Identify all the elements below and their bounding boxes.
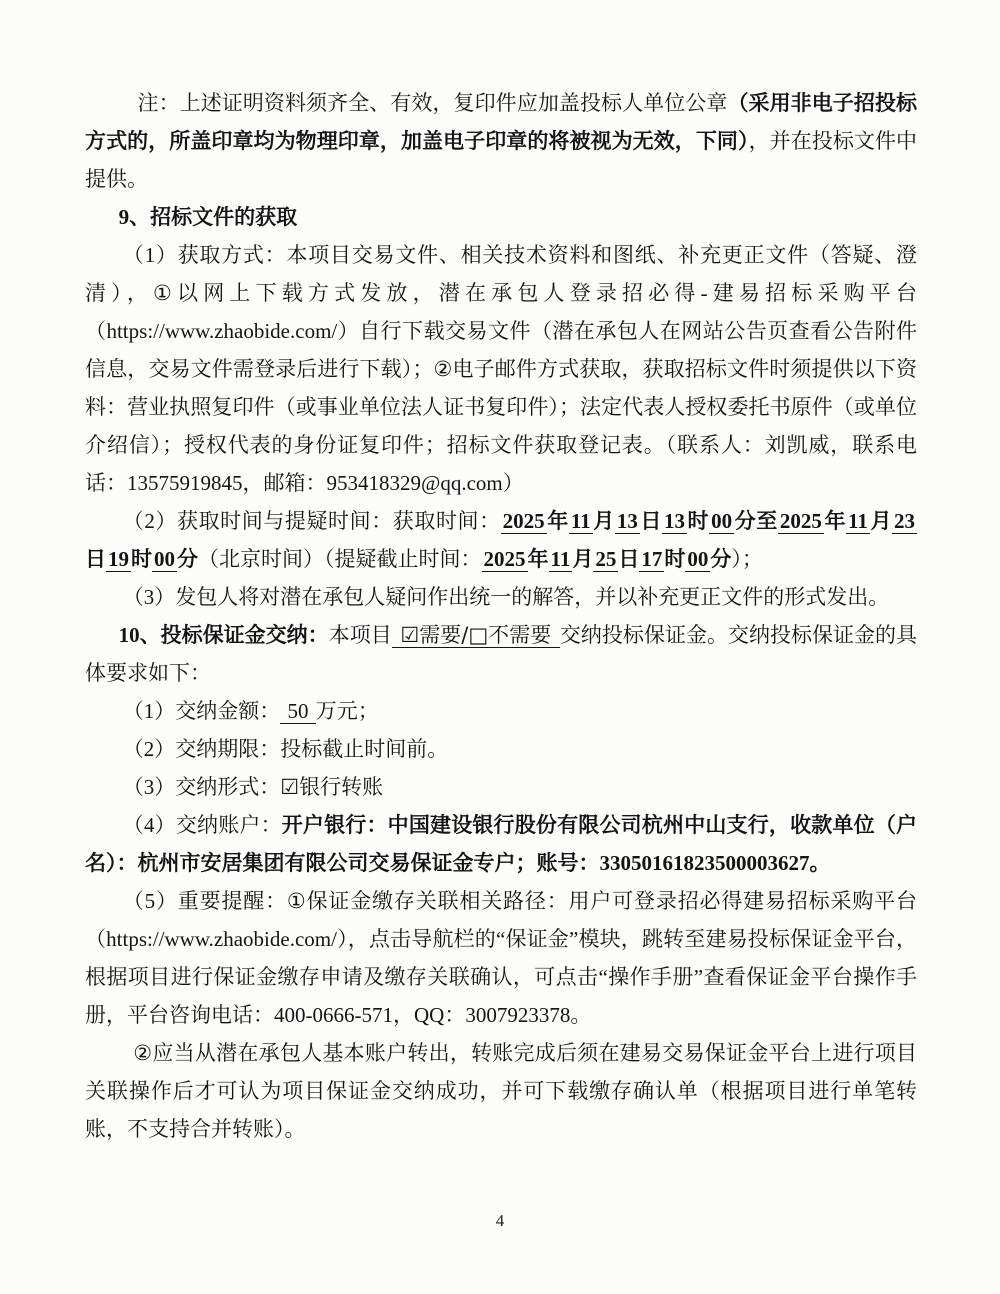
answer-item: （3）发包人将对潜在承包人疑问作出统一的解答，并以补充更正文件的形式发出。 [85, 578, 917, 616]
section-10-paragraph-segment-0: 10、投标保证金交纳： [119, 623, 329, 647]
deposit-deadline-item-segment-0: （2）交纳期限：投标截止时间前。 [123, 737, 449, 761]
obtain-time-item-segment-24: 11 [549, 547, 573, 572]
obtain-time-item-segment-10: 分至 [734, 509, 778, 533]
obtain-time-item-segment-15: 23 [892, 509, 917, 534]
section-9-heading-segment-0: 9、招标文件的获取 [119, 205, 298, 229]
section-10-paragraph-segment-2: ☑需要/□不需要 [392, 623, 560, 648]
obtain-time-item-segment-1: 2025 [501, 509, 547, 534]
obtain-time-item-segment-18: 时 [131, 547, 152, 571]
obtain-time-item-segment-0: （2）获取时间与提疑时间：获取时间： [123, 509, 501, 533]
document-body: 注：上述证明资料须齐全、有效，复印件应加盖投标人单位公章（采用非电子招投标方式的… [85, 84, 917, 1148]
deposit-amount-item-segment-0: （1）交纳金额： [123, 699, 281, 723]
deposit-method-item: （3）交纳形式：☑银行转账 [85, 768, 917, 806]
obtain-time-item-segment-25: 月 [572, 547, 593, 571]
obtain-time-item-segment-6: 日 [640, 509, 662, 533]
note-paragraph: 注：上述证明资料须齐全、有效，复印件应加盖投标人单位公章（采用非电子招投标方式的… [85, 84, 917, 198]
obtain-time-item-segment-26: 25 [593, 547, 618, 572]
section-9-heading: 9、招标文件的获取 [85, 198, 917, 236]
deposit-amount-item-segment-1: 50 [280, 699, 316, 724]
obtain-time-item-segment-9: 00 [709, 509, 734, 534]
obtain-time-item-segment-30: 00 [685, 547, 710, 572]
obtain-method-item: （1）获取方式：本项目交易文件、相关技术资料和图纸、补充更正文件（答疑、澄清），… [85, 236, 917, 502]
obtain-time-item-segment-16: 日 [85, 547, 106, 571]
obtain-time-item-segment-28: 17 [639, 547, 664, 572]
document-page: 注：上述证明资料须齐全、有效，复印件应加盖投标人单位公章（采用非电子招投标方式的… [0, 0, 1000, 1294]
note-paragraph-segment-0: 注：上述证明资料须齐全、有效，复印件应加盖投标人单位公章 [138, 91, 728, 115]
deposit-method-item-segment-1: ☑银行转账 [280, 775, 383, 799]
obtain-time-item-segment-21: （北京时间）（提疑截止时间： [198, 547, 482, 571]
obtain-time-item-segment-27: 日 [618, 547, 639, 571]
obtain-time-item-segment-20: 分 [177, 547, 198, 571]
deposit-amount-item: （1）交纳金额： 50 万元； [85, 692, 917, 730]
transfer-note-paragraph: ②应当从潜在承包人基本账户转出，转账完成后须在建易交易保证金平台上进行项目关联操… [85, 1034, 917, 1148]
obtain-time-item-segment-8: 时 [687, 509, 709, 533]
obtain-time-item-segment-3: 11 [569, 509, 593, 534]
deposit-deadline-item: （2）交纳期限：投标截止时间前。 [85, 730, 917, 768]
section-10-paragraph-segment-1: 本项目 [329, 623, 392, 647]
obtain-time-item-segment-29: 时 [664, 547, 685, 571]
obtain-time-item: （2）获取时间与提疑时间：获取时间：2025年11月13日13时00分至2025… [85, 502, 917, 578]
answer-item-segment-0: （3）发包人将对潜在承包人疑问作出统一的解答，并以补充更正文件的形式发出。 [123, 585, 890, 609]
obtain-time-item-segment-12: 年 [824, 509, 846, 533]
obtain-time-item-segment-14: 月 [870, 509, 892, 533]
obtain-time-item-segment-31: 分 [710, 547, 731, 571]
obtain-method-item-segment-0: （1）获取方式：本项目交易文件、相关技术资料和图纸、补充更正文件（答疑、澄清），… [85, 243, 917, 495]
page-number: 4 [0, 1206, 1000, 1236]
transfer-note-paragraph-segment-0: ②应当从潜在承包人基本账户转出，转账完成后须在建易交易保证金平台上进行项目关联操… [85, 1041, 917, 1141]
obtain-time-item-segment-5: 13 [615, 509, 640, 534]
obtain-time-item-segment-23: 年 [528, 547, 549, 571]
obtain-time-item-segment-2: 年 [547, 509, 569, 533]
obtain-time-item-segment-19: 00 [152, 547, 177, 572]
section-10-paragraph: 10、投标保证金交纳：本项目 ☑需要/□不需要 交纳投标保证金。交纳投标保证金的… [85, 616, 917, 692]
important-reminder-item-segment-0: （5）重要提醒：①保证金缴存关联相关路径：用户可登录招必得建易招标采购平台（ht… [85, 889, 917, 1027]
obtain-time-item-segment-17: 19 [106, 547, 131, 572]
obtain-time-item-segment-11: 2025 [778, 509, 824, 534]
deposit-account-item-segment-0: （4）交纳账户： [123, 813, 282, 837]
obtain-time-item-segment-4: 月 [593, 509, 615, 533]
deposit-account-item: （4）交纳账户：开户银行：中国建设银行股份有限公司杭州中山支行，收款单位（户名）… [85, 806, 917, 882]
important-reminder-item: （5）重要提醒：①保证金缴存关联相关路径：用户可登录招必得建易招标采购平台（ht… [85, 882, 917, 1034]
obtain-time-item-segment-7: 13 [662, 509, 687, 534]
deposit-amount-item-segment-2: 万元； [316, 699, 379, 723]
obtain-time-item-segment-22: 2025 [482, 547, 528, 572]
obtain-time-item-segment-32: ）； [731, 547, 763, 571]
obtain-time-item-segment-13: 11 [846, 509, 870, 534]
deposit-method-item-segment-0: （3）交纳形式： [123, 775, 281, 799]
